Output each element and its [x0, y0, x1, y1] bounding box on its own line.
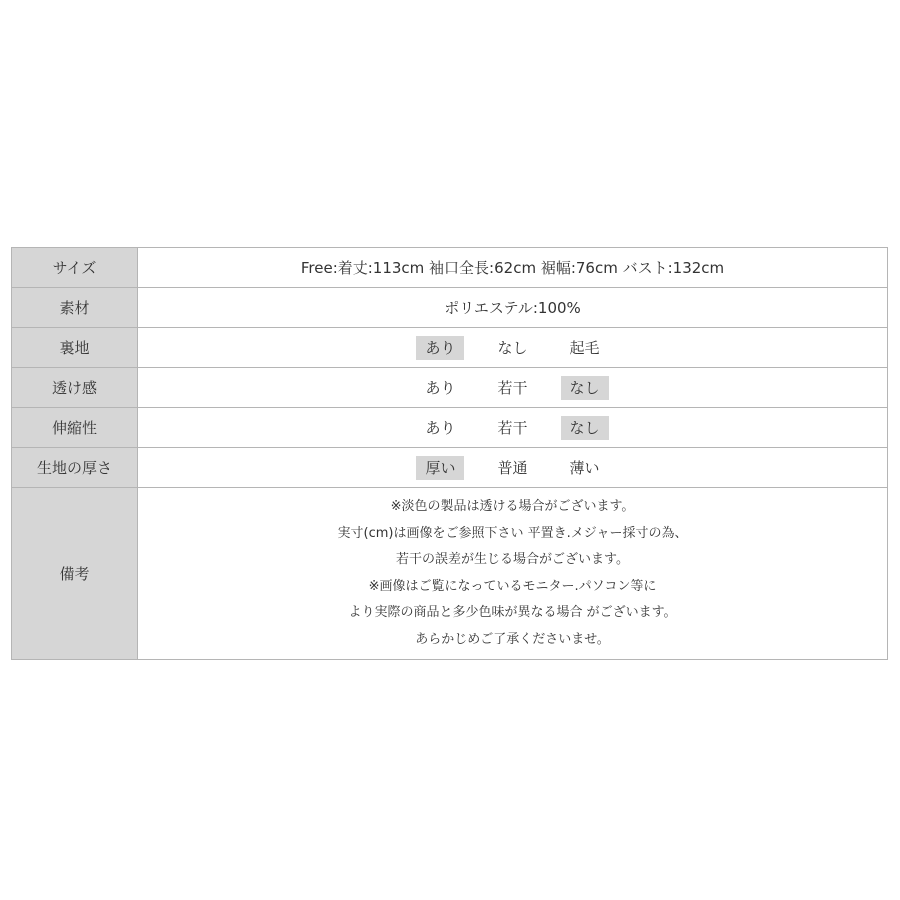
option-sheer-slight: 若干	[488, 376, 536, 400]
label-stretch: 伸縮性	[12, 408, 138, 448]
value-stretch: あり 若干 なし	[138, 408, 888, 448]
note-line: より実際の商品と多少色味が異なる場合 がございます。	[138, 600, 887, 627]
product-spec-table: サイズ Free:着丈:113cm 袖口全長:62cm 裾幅:76cm バスト:…	[11, 247, 888, 660]
option-sheer-yes: あり	[416, 376, 464, 400]
option-thin: 薄い	[561, 456, 609, 480]
option-stretch-no: なし	[561, 416, 609, 440]
option-sheer-no: なし	[561, 376, 609, 400]
option-normal: 普通	[488, 456, 536, 480]
label-size: サイズ	[12, 248, 138, 288]
option-thick: 厚い	[416, 456, 464, 480]
note-line: ※画像はご覧になっているモニター.パソコン等に	[138, 574, 887, 601]
option-stretch-yes: あり	[416, 416, 464, 440]
value-material: ポリエステル:100%	[138, 288, 888, 328]
value-lining: あり なし 起毛	[138, 328, 888, 368]
label-notes: 備考	[12, 488, 138, 660]
option-lining-yes: あり	[416, 336, 464, 360]
row-stretch: 伸縮性 あり 若干 なし	[12, 408, 888, 448]
note-line: ※淡色の製品は透ける場合がございます。	[138, 494, 887, 521]
label-material: 素材	[12, 288, 138, 328]
value-thickness: 厚い 普通 薄い	[138, 448, 888, 488]
row-material: 素材 ポリエステル:100%	[12, 288, 888, 328]
label-thickness: 生地の厚さ	[12, 448, 138, 488]
value-notes: ※淡色の製品は透ける場合がございます。 実寸(cm)は画像をご参照下さい 平置き…	[138, 488, 888, 660]
row-thickness: 生地の厚さ 厚い 普通 薄い	[12, 448, 888, 488]
row-size: サイズ Free:着丈:113cm 袖口全長:62cm 裾幅:76cm バスト:…	[12, 248, 888, 288]
note-line: 若干の誤差が生じる場合がございます。	[138, 547, 887, 574]
value-size: Free:着丈:113cm 袖口全長:62cm 裾幅:76cm バスト:132c…	[138, 248, 888, 288]
row-notes: 備考 ※淡色の製品は透ける場合がございます。 実寸(cm)は画像をご参照下さい …	[12, 488, 888, 660]
note-line: あらかじめご了承くださいませ。	[138, 627, 887, 654]
option-lining-no: なし	[488, 336, 536, 360]
value-sheerness: あり 若干 なし	[138, 368, 888, 408]
option-stretch-slight: 若干	[488, 416, 536, 440]
label-lining: 裏地	[12, 328, 138, 368]
option-lining-brushed: 起毛	[561, 336, 609, 360]
label-sheerness: 透け感	[12, 368, 138, 408]
row-sheerness: 透け感 あり 若干 なし	[12, 368, 888, 408]
row-lining: 裏地 あり なし 起毛	[12, 328, 888, 368]
note-line: 実寸(cm)は画像をご参照下さい 平置き.メジャー採寸の為、	[138, 521, 887, 548]
